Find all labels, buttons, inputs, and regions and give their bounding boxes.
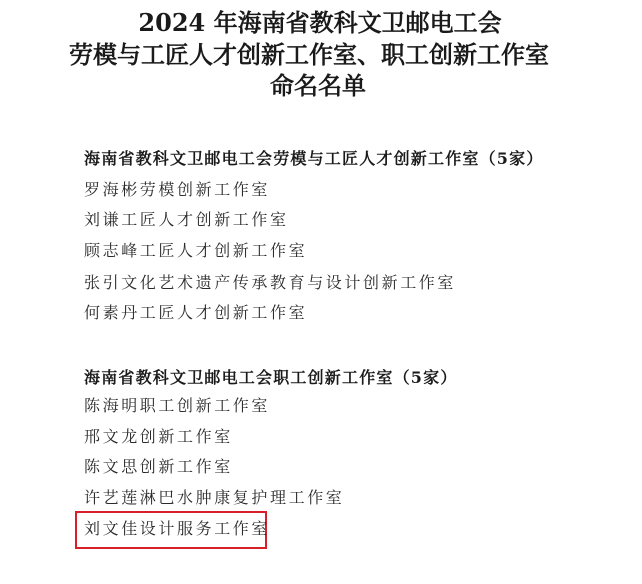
section-heading: 海南省教科文卫邮电工会职工创新工作室（5家） — [84, 367, 458, 389]
document-title-line-2: 劳模与工匠人才创新工作室、职工创新工作室 — [0, 40, 630, 70]
section-heading: 海南省教科文卫邮电工会劳模与工匠人才创新工作室（5家） — [84, 148, 544, 170]
list-item: 张引文化艺术遗产传承教育与设计创新工作室 — [84, 272, 456, 294]
document-title-line-1: 2024 年海南省教科文卫邮电工会 — [0, 8, 641, 38]
list-item-highlighted: 刘文佳设计服务工作室 — [84, 518, 270, 540]
list-item: 刘谦工匠人才创新工作室 — [84, 209, 289, 231]
list-item: 何素丹工匠人才创新工作室 — [84, 302, 307, 324]
list-item: 邢文龙创新工作室 — [84, 426, 233, 448]
list-item: 顾志峰工匠人才创新工作室 — [84, 240, 307, 262]
list-item: 陈海明职工创新工作室 — [84, 395, 270, 417]
list-item: 罗海彬劳模创新工作室 — [84, 179, 270, 201]
list-item: 陈文思创新工作室 — [84, 456, 233, 478]
list-item: 许艺莲淋巴水肿康复护理工作室 — [84, 487, 344, 509]
document-title-line-3: 命名名单 — [0, 71, 639, 101]
